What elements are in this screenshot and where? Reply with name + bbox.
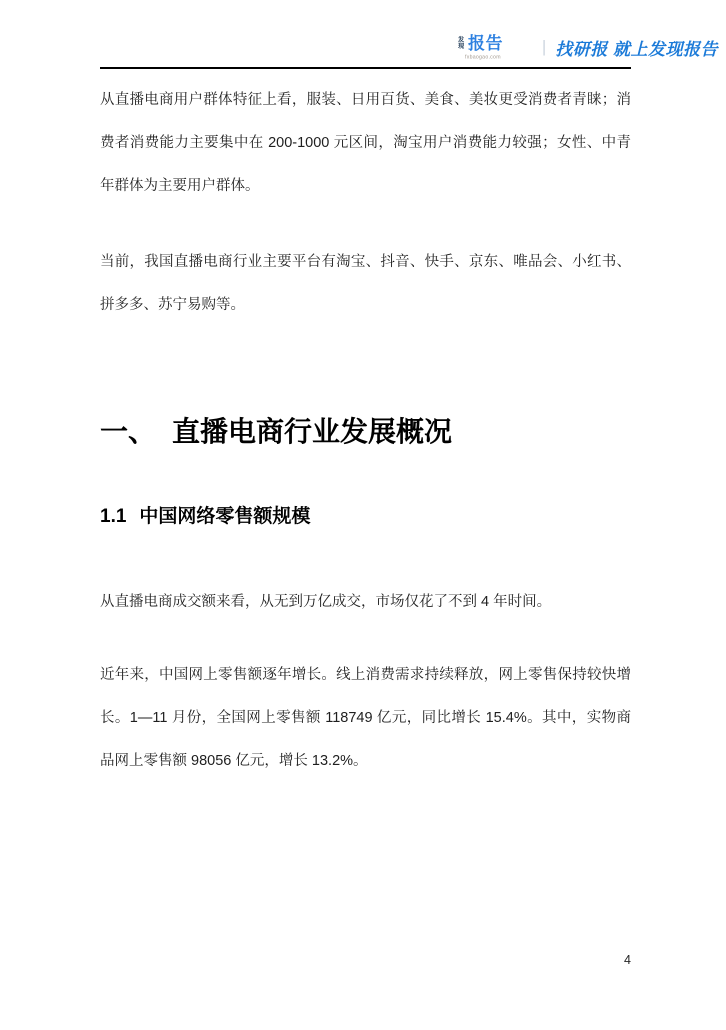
document-page: 发 现 报告 fxbaogao.com | 找研报 就上发现报告 从直播电商用户… [0, 0, 726, 1030]
logo-row: 发 现 报告 [458, 33, 503, 54]
header-divider: | [542, 37, 546, 57]
section-heading-1: 一、直播电商行业发展概况 [100, 412, 631, 452]
logo-domain: fxbaogao.com [465, 55, 501, 60]
logo-stack-icon: 发 现 [458, 37, 464, 50]
paragraph-user-groups: 从直播电商用户群体特征上看，服装、日用百货、美食、美妆更受消费者青睐；消费者消费… [100, 79, 631, 208]
page-number: 4 [624, 950, 631, 970]
paragraph-online-retail: 近年来，中国网上零售额逐年增长。线上消费需求持续释放，网上零售保持较快增长。1—… [100, 654, 631, 783]
header: 发 现 报告 fxbaogao.com | 找研报 就上发现报告 [458, 33, 718, 65]
header-rule [100, 67, 631, 69]
logo-wordmark: 报告 [468, 35, 503, 52]
section-heading-1-1: 1.1中国网络零售额规模 [100, 503, 631, 530]
section-heading-1-number: 一、 [100, 416, 156, 447]
logo-stack-bottom: 现 [458, 44, 464, 51]
header-slogan: 找研报 就上发现报告 [555, 35, 718, 60]
section-heading-1-title: 直播电商行业发展概况 [172, 416, 452, 447]
fxbaogao-logo: 发 现 报告 fxbaogao.com [458, 33, 534, 65]
section-heading-1-1-number: 1.1 [100, 506, 126, 527]
paragraph-gmv: 从直播电商成交额来看，从无到万亿成交，市场仅花了不到 4 年时间。 [100, 581, 631, 624]
paragraph-platforms: 当前，我国直播电商行业主要平台有淘宝、抖音、快手、京东、唯品会、小红书、拼多多、… [100, 241, 631, 327]
section-heading-1-1-title: 中国网络零售额规模 [139, 506, 310, 527]
